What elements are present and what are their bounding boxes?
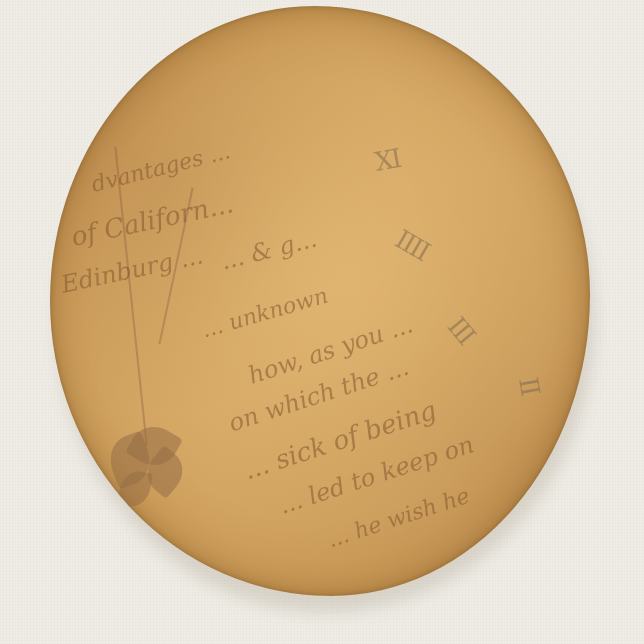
roman-numeral: IIII: [390, 225, 434, 268]
handwriting-line: dvantages ...: [89, 139, 233, 198]
roman-numeral: III: [441, 312, 480, 350]
roman-numeral: II: [512, 375, 544, 397]
handwriting-line: ... & g...: [218, 225, 320, 276]
roman-numeral: XI: [373, 144, 403, 178]
handwriting-line: of Californ...: [69, 189, 236, 253]
round-cushion: dvantages ... of Californ... ... & g... …: [50, 6, 590, 596]
handwriting-line: ... unknown: [199, 284, 331, 344]
